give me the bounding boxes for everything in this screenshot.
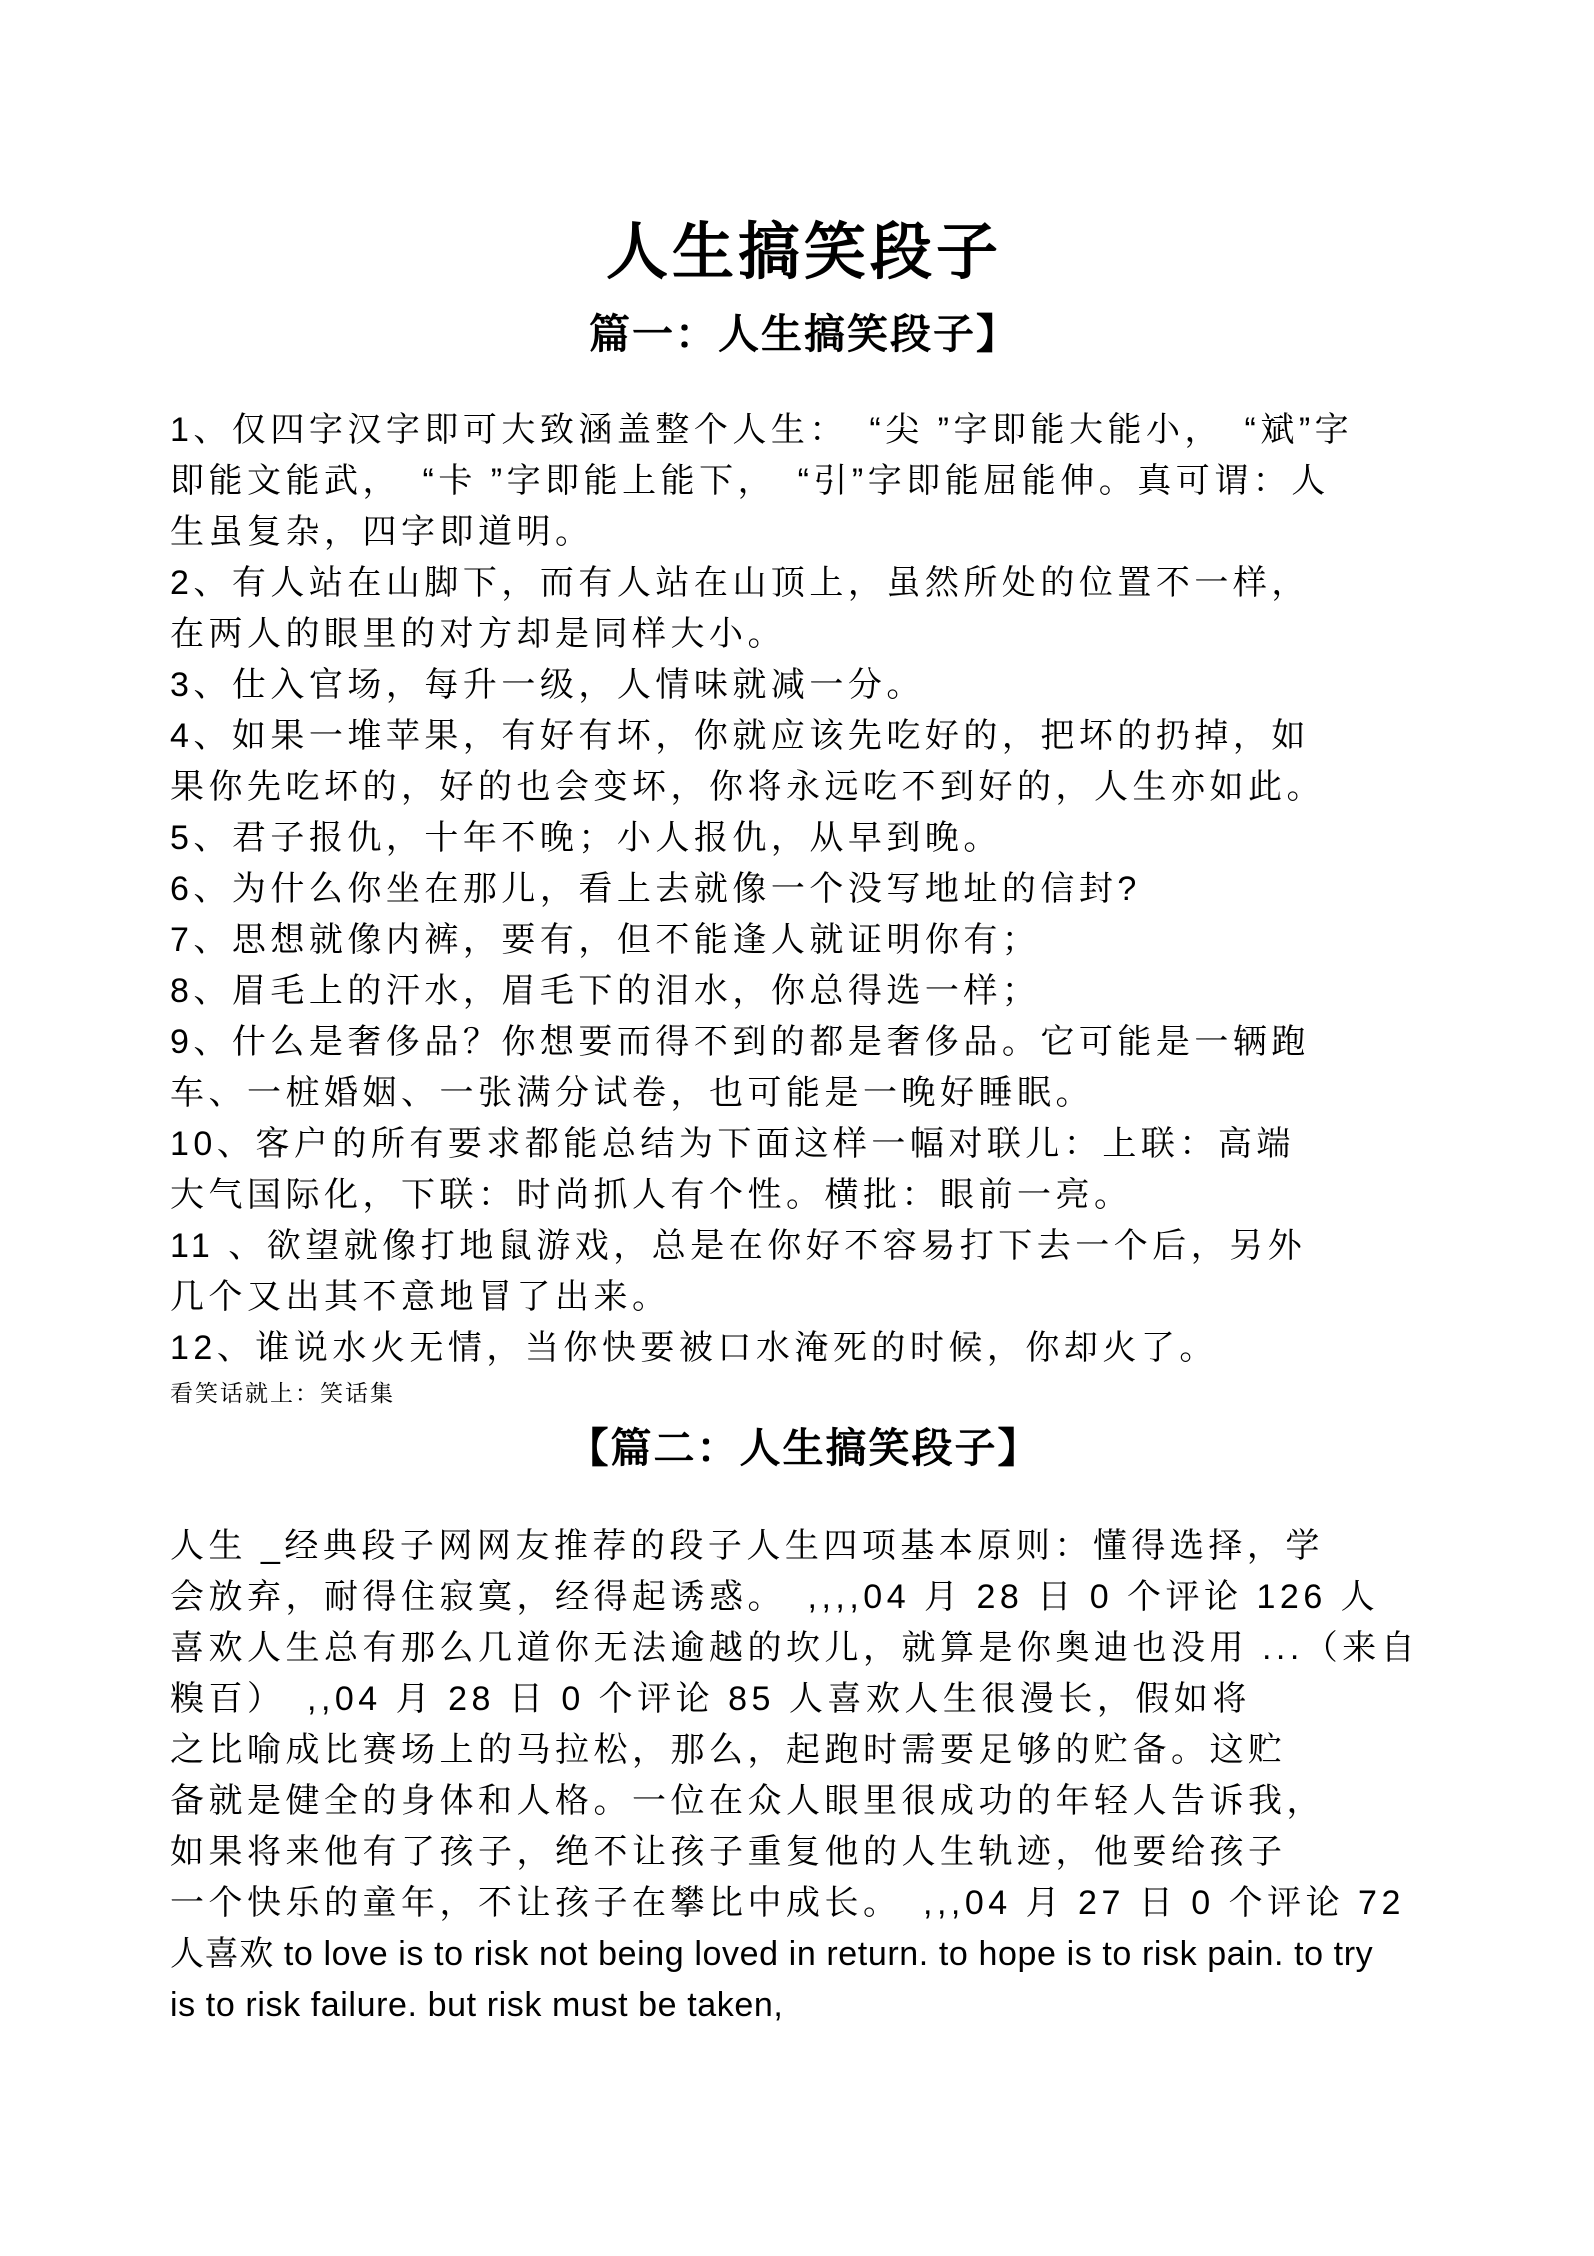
section1-paragraph: 1、仅四字汉字即可大致涵盖整个人生： “尖 ”字即能大能小， “斌”字 即能文能… <box>170 405 1438 1374</box>
joke-line: 4、如果一堆苹果，有好有坏，你就应该先吃好的，把坏的扔掉，如 <box>170 711 1438 762</box>
document-page: 人生搞笑段子 篇一：人生搞笑段子】 1、仅四字汉字即可大致涵盖整个人生： “尖 … <box>0 0 1594 2256</box>
joke-line: 2、有人站在山脚下，而有人站在山顶上，虽然所处的位置不一样， <box>170 558 1438 609</box>
joke-line: 在两人的眼里的对方却是同样大小。 <box>170 609 1438 660</box>
text-line: 之比喻成比赛场上的马拉松，那么，起跑时需要足够的贮备。这贮 <box>170 1725 1438 1776</box>
text-line: 一个快乐的童年，不让孩子在攀比中成长。 ,,,04 月 27 日 0 个评论 7… <box>170 1878 1438 1929</box>
section2-paragraph: 人生 _经典段子网网友推荐的段子人生四项基本原则：懂得选择，学 会放弃，耐得住寂… <box>170 1521 1438 2031</box>
joke-line: 1、仅四字汉字即可大致涵盖整个人生： “尖 ”字即能大能小， “斌”字 <box>170 405 1438 456</box>
joke-line: 11 、欲望就像打地鼠游戏，总是在你好不容易打下去一个后，另外 <box>170 1221 1438 1272</box>
joke-line: 大气国际化，下联：时尚抓人有个性。横批：眼前一亮。 <box>170 1170 1438 1221</box>
source-footnote: 看笑话就上：笑话集 <box>170 1376 1438 1410</box>
text-line: 人生 _经典段子网网友推荐的段子人生四项基本原则：懂得选择，学 <box>170 1521 1438 1572</box>
section1-heading: 篇一：人生搞笑段子】 <box>170 310 1438 358</box>
joke-line: 即能文能武， “卡 ”字即能上能下， “引”字即能屈能伸。真可谓：人 <box>170 456 1438 507</box>
joke-line: 9、什么是奢侈品？你想要而得不到的都是奢侈品。它可能是一辆跑 <box>170 1017 1438 1068</box>
document-content: 人生搞笑段子 篇一：人生搞笑段子】 1、仅四字汉字即可大致涵盖整个人生： “尖 … <box>170 0 1438 2031</box>
joke-line: 10、客户的所有要求都能总结为下面这样一幅对联儿：上联：高端 <box>170 1119 1438 1170</box>
joke-line: 3、仕入官场，每升一级，人情味就减一分。 <box>170 660 1438 711</box>
joke-line: 几个又出其不意地冒了出来。 <box>170 1272 1438 1323</box>
joke-line: 12、谁说水火无情，当你快要被口水淹死的时候，你却火了。 <box>170 1323 1438 1374</box>
text-line: 糗百） ,,04 月 28 日 0 个评论 85 人喜欢人生很漫长，假如将 <box>170 1674 1438 1725</box>
joke-line: 7、思想就像内裤，要有，但不能逢人就证明你有； <box>170 915 1438 966</box>
joke-line: 5、君子报仇，十年不晚；小人报仇，从早到晚。 <box>170 813 1438 864</box>
text-line: 会放弃，耐得住寂寞，经得起诱惑。 ,,,,04 月 28 日 0 个评论 126… <box>170 1572 1438 1623</box>
section2-heading: 【篇二：人生搞笑段子】 <box>170 1424 1438 1472</box>
text-line: 人喜欢 to love is to risk not being loved i… <box>170 1929 1438 1980</box>
joke-line: 果你先吃坏的，好的也会变坏，你将永远吃不到好的，人生亦如此。 <box>170 762 1438 813</box>
text-line: 喜欢人生总有那么几道你无法逾越的坎儿，就算是你奥迪也没用 ...（来自 <box>170 1623 1438 1674</box>
joke-line: 6、为什么你坐在那儿，看上去就像一个没写地址的信封? <box>170 864 1438 915</box>
document-title: 人生搞笑段子 <box>170 0 1438 284</box>
joke-line: 车、一桩婚姻、一张满分试卷，也可能是一晚好睡眠。 <box>170 1068 1438 1119</box>
text-line: is to risk failure. but risk must be tak… <box>170 1980 1438 2031</box>
text-line: 如果将来他有了孩子，绝不让孩子重复他的人生轨迹，他要给孩子 <box>170 1827 1438 1878</box>
joke-line: 生虽复杂，四字即道明。 <box>170 507 1438 558</box>
text-line: 备就是健全的身体和人格。一位在众人眼里很成功的年轻人告诉我， <box>170 1776 1438 1827</box>
joke-line: 8、眉毛上的汗水，眉毛下的泪水，你总得选一样； <box>170 966 1438 1017</box>
